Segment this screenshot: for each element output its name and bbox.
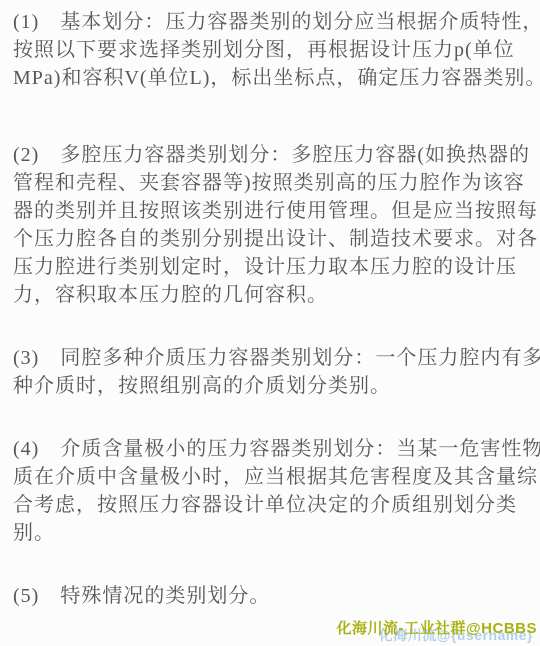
- text-line: (1) 基本划分：压力容器类别的划分应当根据介质特性，: [13, 8, 535, 36]
- paragraph-3-same-chamber-multimedia: (3) 同腔多种介质压力容器类别划分：一个压力腔内有多 种介质时，按照组别高的介…: [13, 344, 535, 400]
- text-line: 个压力腔各自的类别分别提出设计、制造技术要求。对各: [13, 225, 535, 253]
- text-line: 力，容积取本压力腔的几何容积。: [13, 281, 535, 309]
- text-line: (3) 同腔多种介质压力容器类别划分：一个压力腔内有多: [13, 344, 535, 372]
- paragraph-4-trace-medium-classification: (4) 介质含量极小的压力容器类别划分：当某一危害性物 质在介质中含量极小时，应…: [13, 435, 535, 547]
- document-page: (1) 基本划分：压力容器类别的划分应当根据介质特性， 按照以下要求选择类别划分…: [0, 0, 540, 646]
- paragraph-1-basic-classification: (1) 基本划分：压力容器类别的划分应当根据介质特性， 按照以下要求选择类别划分…: [13, 8, 535, 92]
- paragraph-2-multichamber-classification: (2) 多腔压力容器类别划分：多腔压力容器(如换热器的 管程和壳程、夹套容器等)…: [13, 141, 535, 309]
- document-text-block: (1) 基本划分：压力容器类别的划分应当根据介质特性， 按照以下要求选择类别划分…: [13, 8, 535, 645]
- text-line: 按照以下要求选择类别划分图，再根据设计压力p(单位: [13, 36, 535, 64]
- text-line: 质在介质中含量极小时，应当根据其危害程度及其含量综: [13, 463, 535, 491]
- text-line: 别。: [13, 519, 535, 547]
- text-line: 器的类别并且按照该类别进行使用管理。但是应当按照每: [13, 197, 535, 225]
- text-line: (5) 特殊情况的类别划分。: [13, 582, 535, 610]
- text-line: 合考虑，按照压力容器设计单位决定的介质组别划分类: [13, 491, 535, 519]
- text-line: 种介质时，按照组别高的介质划分类别。: [13, 372, 535, 400]
- text-line: 管程和壳程、夹套容器等)按照类别高的压力腔作为该容: [13, 169, 535, 197]
- text-line: MPa)和容积V(单位L)，标出坐标点，确定压力容器类别。: [13, 64, 535, 92]
- text-line: (4) 介质含量极小的压力容器类别划分：当某一危害性物: [13, 435, 535, 463]
- paragraph-5-special-cases: (5) 特殊情况的类别划分。: [13, 582, 535, 610]
- text-line: (2) 多腔压力容器类别划分：多腔压力容器(如换热器的: [13, 141, 535, 169]
- text-line: 压力腔进行类别划定时，设计压力取本压力腔的设计压: [13, 253, 535, 281]
